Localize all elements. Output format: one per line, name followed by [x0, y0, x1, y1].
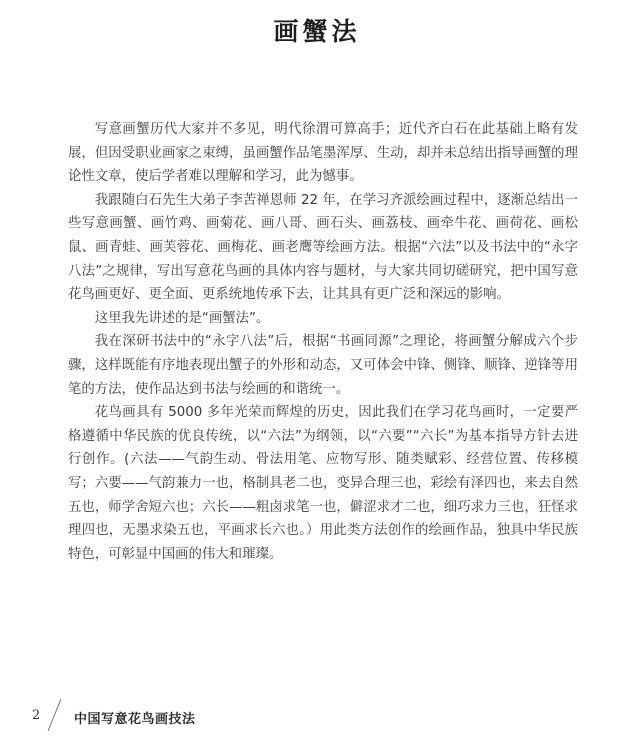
- paragraph-topic: 这里我先讲述的是“画蟹法”。: [68, 307, 578, 331]
- paragraph-tradition: 花鸟画具有 5000 多年光荣而辉煌的历史，因此我们在学习花鸟画时，一定要严格遵…: [68, 401, 578, 566]
- paragraph-background: 我跟随白石先生大弟子李苦禅恩师 22 年，在学习齐派绘画过程中，逐渐总结出一些写…: [68, 189, 578, 307]
- paragraph-method: 我在深研书法中的“永字八法”后，根据“书画同源”之理论，将画蟹分解成六个步骤，这…: [68, 330, 578, 401]
- book-title: 中国写意花鸟画技法: [74, 708, 196, 727]
- page-title: 画蟹法: [0, 12, 634, 48]
- divider-slash: [48, 699, 62, 731]
- page-number: 2: [32, 708, 40, 723]
- body-text: 写意画蟹历代大家并不多见，明代徐渭可算高手；近代齐白石在此基础上略有发展，但因受…: [68, 118, 578, 566]
- paragraph-intro: 写意画蟹历代大家并不多见，明代徐渭可算高手；近代齐白石在此基础上略有发展，但因受…: [68, 118, 578, 189]
- page-footer: 2 中国写意花鸟画技法: [0, 704, 300, 734]
